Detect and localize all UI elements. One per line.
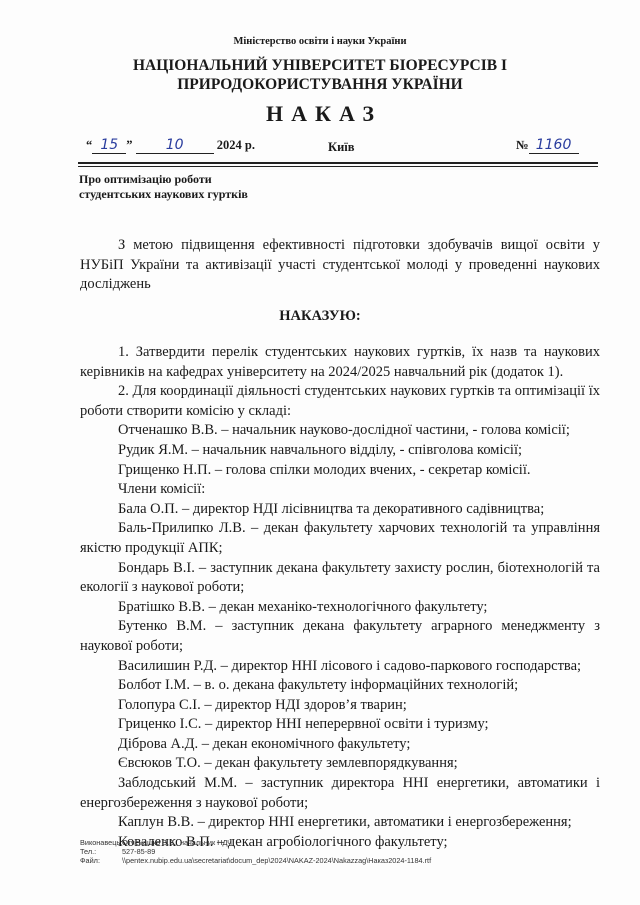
executor-value: Отченашко В.В., начальник НДЧ (122, 838, 232, 847)
header-rule-bottom (78, 166, 598, 167)
member-item: Каплун В.В. – директор ННІ енергетики, а… (80, 813, 600, 833)
member-item: Болбот І.М. – в. о. декана факультету ін… (80, 676, 600, 696)
university-name-line2: ПРИРОДОКОРИСТУВАННЯ УКРАЇНИ (0, 75, 640, 94)
item-2: 2. Для координації діяльності студентськ… (80, 382, 600, 421)
university-name-line1: НАЦІОНАЛЬНИЙ УНІВЕРСИТЕТ БІОРЕСУРСІВ І (0, 56, 640, 75)
number-label: № (516, 138, 529, 152)
order-number-field: №1160 (516, 137, 579, 154)
file-label: Файл: (80, 856, 122, 865)
day-handwritten: 15 (92, 137, 126, 154)
member-item: Баль-Прилипко Л.В. – декан факультету ха… (80, 519, 600, 558)
footer-executor: Виконавець:Отченашко В.В., начальник НДЧ (80, 838, 431, 847)
year: 2024 р. (217, 138, 255, 152)
commission-cochair: Рудик Я.М. – начальник навчального відді… (80, 441, 600, 461)
item-1: 1. Затвердити перелік студентських науко… (80, 343, 600, 382)
subject-line2: студентських наукових гуртків (79, 187, 248, 202)
order-subject: Про оптимізацію роботи студентських наук… (79, 172, 248, 202)
order-body: 1. Затвердити перелік студентських науко… (80, 343, 600, 852)
subject-line1: Про оптимізацію роботи (79, 172, 248, 187)
member-item: Бала О.П. – директор НДІ лісівництва та … (80, 500, 600, 520)
city: Київ (328, 140, 355, 155)
footer-file: Файл:\\pentex.nubip.edu.ua\secretariat\d… (80, 856, 431, 865)
phone-label: Тел.: (80, 847, 122, 856)
quote-close: ” (126, 138, 132, 152)
member-item: Василишин Р.Д. – директор ННІ лісового і… (80, 657, 600, 677)
member-item: Бутенко В.М. – заступник декана факульте… (80, 617, 600, 656)
member-item: Євсюков Т.О. – декан факультету землевпо… (80, 754, 600, 774)
order-number-handwritten: 1160 (529, 137, 579, 154)
executor-label: Виконавець: (80, 838, 122, 847)
document-footer: Виконавець:Отченашко В.В., начальник НДЧ… (80, 838, 431, 865)
month-handwritten: 10 (136, 137, 214, 154)
file-path: \\pentex.nubip.edu.ua\secretariat\docum_… (122, 856, 431, 865)
member-item: Бондарь В.І. – заступник декана факульте… (80, 559, 600, 598)
member-item: Голопура С.І. – директор НДІ здоров’я тв… (80, 696, 600, 716)
member-item: Заблодський М.М. – заступник директора Н… (80, 774, 600, 813)
header-rule-top (78, 162, 598, 164)
university-name: НАЦІОНАЛЬНИЙ УНІВЕРСИТЕТ БІОРЕСУРСІВ І П… (0, 56, 640, 94)
preamble: З метою підвищення ефективності підготов… (80, 236, 600, 295)
order-heading: НАКАЗУЮ: (0, 308, 640, 325)
document-type-title: НАКАЗ (0, 101, 640, 127)
commission-secretary: Грищенко Н.П. – голова спілки молодих вч… (80, 461, 600, 481)
members-label: Члени комісії: (80, 480, 600, 500)
member-item: Братішко В.В. – декан механіко-технологі… (80, 598, 600, 618)
footer-phone: Тел.:527-85-89 (80, 847, 431, 856)
member-item: Гриценко І.С. – директор ННІ неперервної… (80, 715, 600, 735)
phone-value: 527-85-89 (122, 847, 155, 856)
ministry-name: Міністерство освіти і науки України (0, 36, 640, 47)
preamble-text: З метою підвищення ефективності підготов… (80, 236, 600, 295)
member-item: Діброва А.Д. – декан економічного факуль… (80, 735, 600, 755)
date-field: “15” 10 2024 р. (86, 137, 255, 154)
commission-chair: Отченашко В.В. – начальник науково-дослі… (80, 421, 600, 441)
